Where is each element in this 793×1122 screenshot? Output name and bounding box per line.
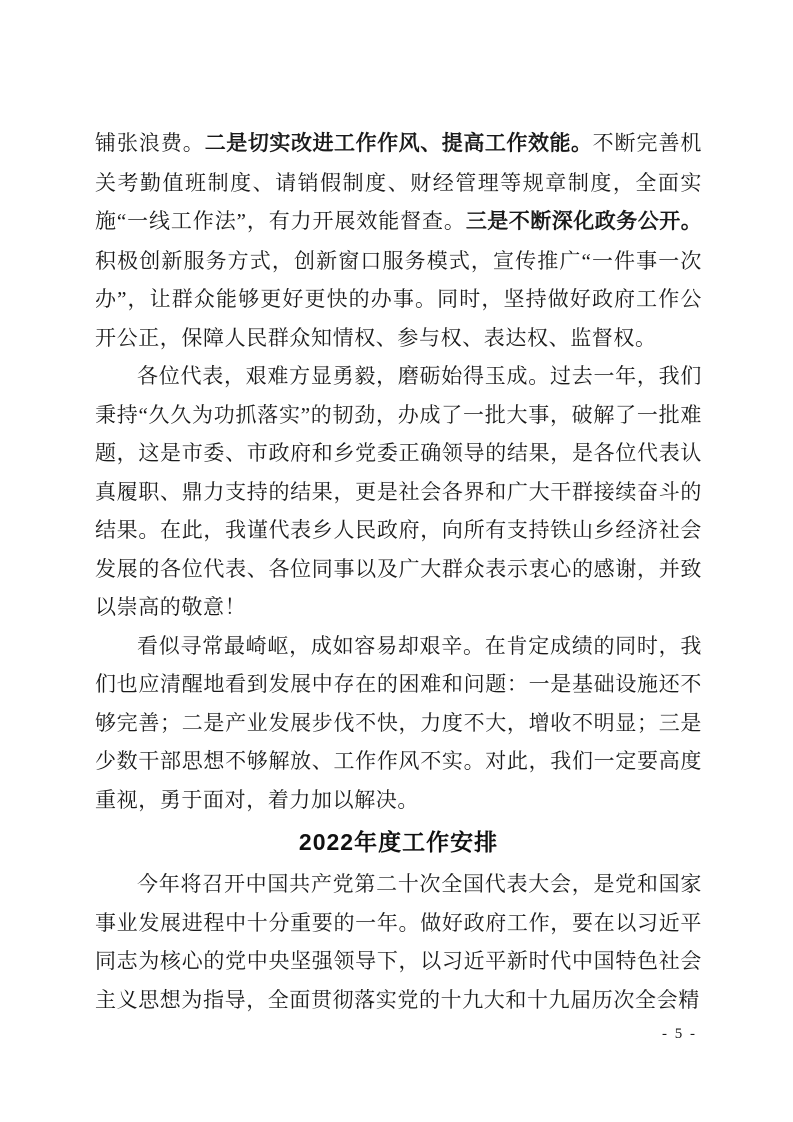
body-paragraph: 各位代表，艰难方显勇毅，磨砺始得玉成。过去一年，我们秉持“久久为功抓落实”的韧劲…	[95, 357, 702, 627]
section-heading: 2022年度工作安排	[95, 822, 702, 862]
emphasis-text: 二是切实改进工作作风、提高工作效能。	[205, 132, 593, 155]
body-paragraph: 看似寻常最崎岖，成如容易却艰辛。在肯定成绩的同时，我们也应清醒地看到发展中存在的…	[95, 627, 702, 820]
document-page: 铺张浪费。二是切实改进工作作风、提高工作效能。不断完善机关考勤值班制度、请销假制…	[0, 0, 793, 1122]
paragraph-text: 铺张浪费。	[95, 131, 205, 155]
page-number: - 5 -	[662, 1026, 697, 1043]
emphasis-text: 三是不断深化政务公开。	[466, 210, 702, 233]
document-content: 铺张浪费。二是切实改进工作作风、提高工作效能。不断完善机关考勤值班制度、请销假制…	[95, 124, 702, 1019]
body-paragraph: 铺张浪费。二是切实改进工作作风、提高工作效能。不断完善机关考勤值班制度、请销假制…	[95, 124, 702, 357]
paragraph-text: 积极创新服务方式，创新窗口服务模式，宣传推广“一件事一次办”，让群众能够更好更快…	[95, 249, 702, 350]
paragraph-text: 今年将召开中国共产党第二十次全国代表大会，是党和国家事业发展进程中十分重要的一年…	[95, 872, 702, 1012]
paragraph-text: 各位代表，艰难方显勇毅，磨砺始得玉成。过去一年，我们秉持“久久为功抓落实”的韧劲…	[95, 364, 702, 619]
body-paragraph: 今年将召开中国共产党第二十次全国代表大会，是党和国家事业发展进程中十分重要的一年…	[95, 865, 702, 1019]
paragraph-text: 看似寻常最崎岖，成如容易却艰辛。在肯定成绩的同时，我们也应清醒地看到发展中存在的…	[95, 634, 702, 812]
